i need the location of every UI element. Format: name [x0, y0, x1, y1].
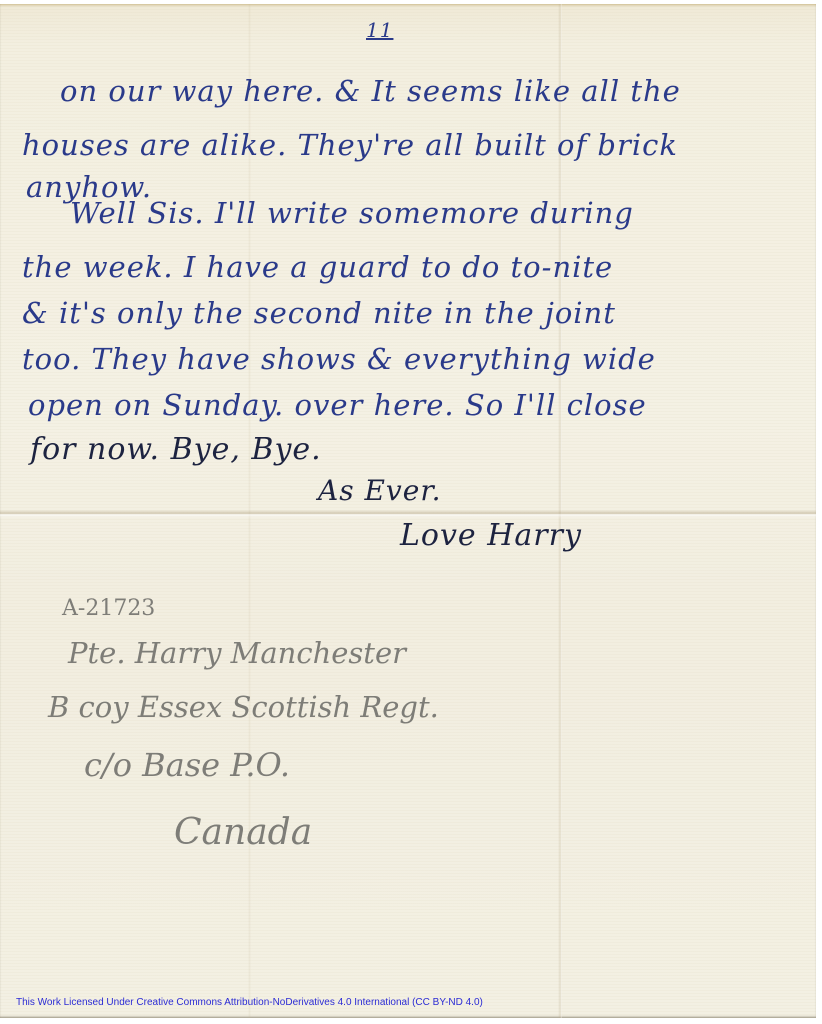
page-number: 11 — [366, 18, 393, 42]
letter-line: open on Sunday. over here. So I'll close — [28, 388, 647, 422]
letter-line: too. They have shows & everything wide — [22, 342, 656, 376]
soldier-name: Pte. Harry Manchester — [68, 636, 406, 670]
paper-fold-horizontal — [0, 510, 816, 518]
letter-line: on our way here. & It seems like all the — [60, 74, 681, 108]
country: Canada — [174, 812, 312, 853]
letter-line: Well Sis. I'll write somemore during — [70, 196, 634, 230]
unit: B coy Essex Scottish Regt. — [48, 690, 439, 724]
signature: Love Harry — [400, 518, 582, 553]
care-of: c/o Base P.O. — [84, 746, 290, 784]
letter-line: & it's only the second nite in the joint — [22, 296, 616, 330]
letter-page: 11 on our way here. & It seems like all … — [0, 4, 816, 1018]
service-number: A-21723 — [62, 596, 155, 621]
letter-line: the week. I have a guard to do to-nite — [22, 250, 613, 284]
letter-line: houses are alike. They're all built of b… — [22, 128, 678, 162]
letter-line: for now. Bye, Bye. — [30, 432, 322, 467]
license-notice: This Work Licensed Under Creative Common… — [16, 997, 483, 1008]
closing: As Ever. — [318, 474, 442, 507]
